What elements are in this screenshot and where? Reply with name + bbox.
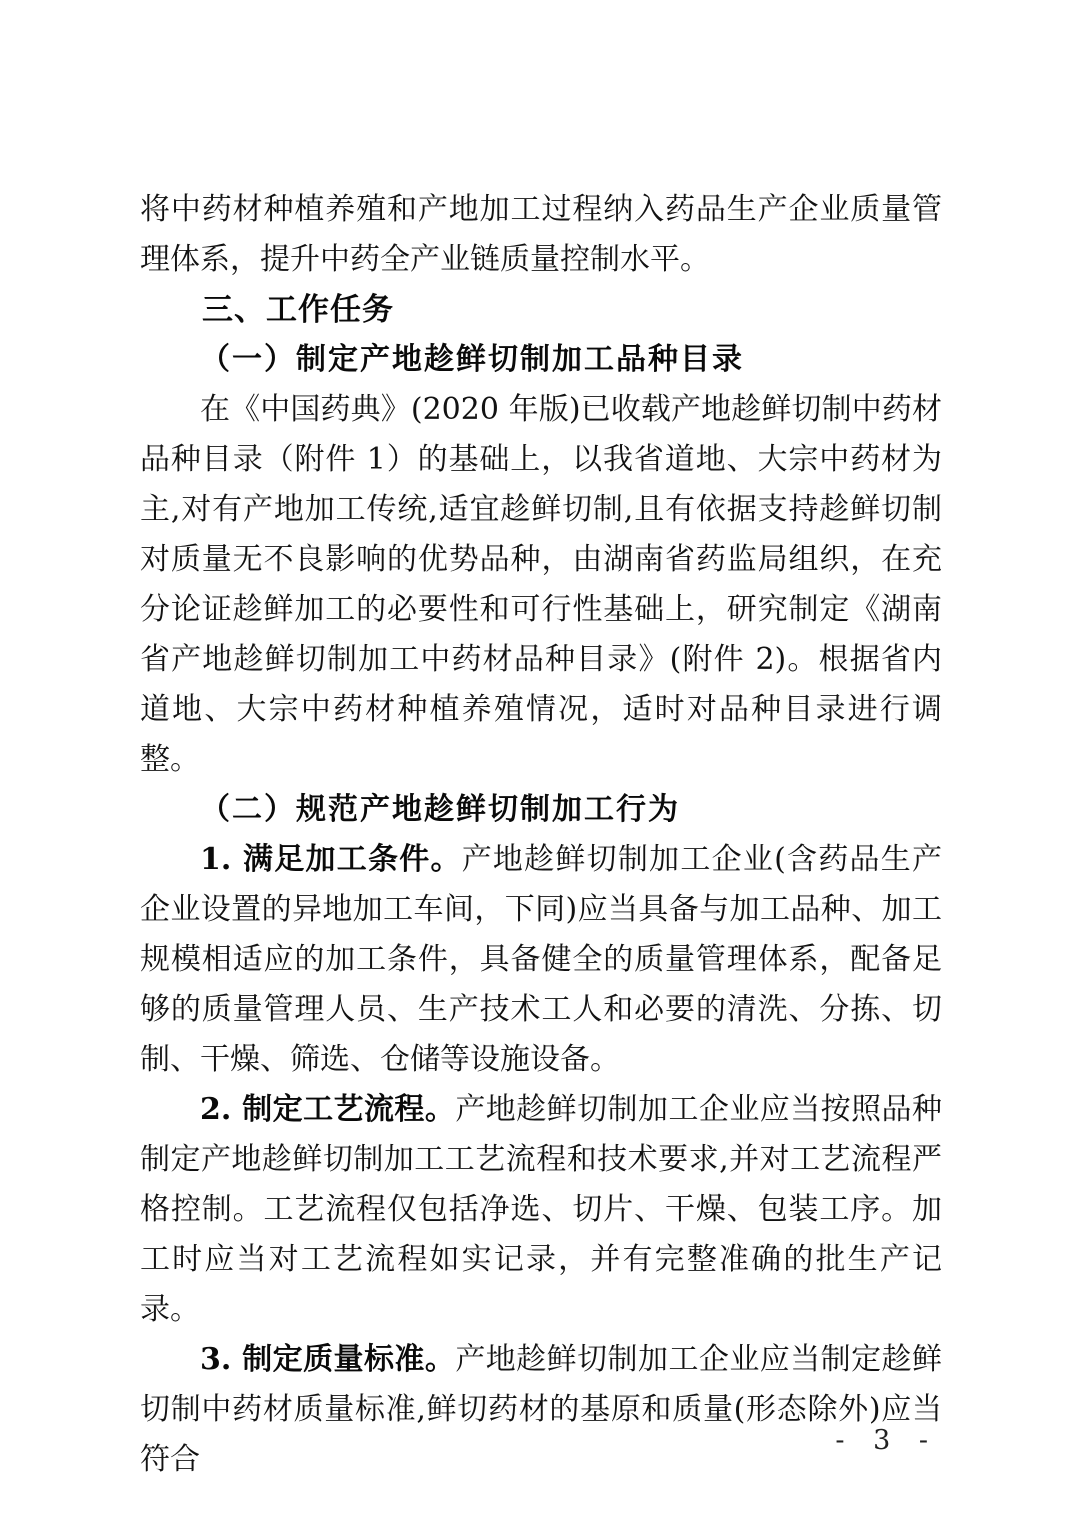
- section-heading-work-tasks: 三、工作任务: [140, 285, 942, 335]
- page-number: - 3 -: [835, 1425, 938, 1456]
- paragraph-catalog: 在《中国药典》(2020 年版)已收载产地趁鲜切制中药材品种目录（附件 1）的基…: [140, 385, 942, 785]
- document-page: 将中药材种植养殖和产地加工过程纳入药品生产企业质量管理体系，提升中药全产业链质量…: [0, 0, 1080, 1528]
- item-2-text: 产地趁鲜切制加工企业应当按照品种制定产地趁鲜切制加工工艺流程和技术要求,并对工艺…: [140, 1092, 942, 1327]
- paragraph-item-3: 3. 制定质量标准。产地趁鲜切制加工企业应当制定趁鲜切制中药材质量标准,鲜切药材…: [140, 1335, 942, 1485]
- paragraph-item-1: 1. 满足加工条件。产地趁鲜切制加工企业(含药品生产企业设置的异地加工车间，下同…: [140, 835, 942, 1085]
- item-2-lead: 2. 制定工艺流程。: [200, 1092, 455, 1127]
- paragraph-item-2: 2. 制定工艺流程。产地趁鲜切制加工企业应当按照品种制定产地趁鲜切制加工工艺流程…: [140, 1085, 942, 1335]
- item-1-lead: 1. 满足加工条件。: [200, 842, 462, 877]
- item-1-text: 产地趁鲜切制加工企业(含药品生产企业设置的异地加工车间，下同)应当具备与加工品种…: [140, 842, 942, 1077]
- subheading-regulate-processing: （二）规范产地趁鲜切制加工行为: [140, 785, 942, 835]
- item-3-lead: 3. 制定质量标准。: [200, 1342, 455, 1377]
- document-body: 将中药材种植养殖和产地加工过程纳入药品生产企业质量管理体系，提升中药全产业链质量…: [140, 185, 942, 1485]
- paragraph-continuation: 将中药材种植养殖和产地加工过程纳入药品生产企业质量管理体系，提升中药全产业链质量…: [140, 185, 942, 285]
- subheading-catalog: （一）制定产地趁鲜切制加工品种目录: [140, 335, 942, 385]
